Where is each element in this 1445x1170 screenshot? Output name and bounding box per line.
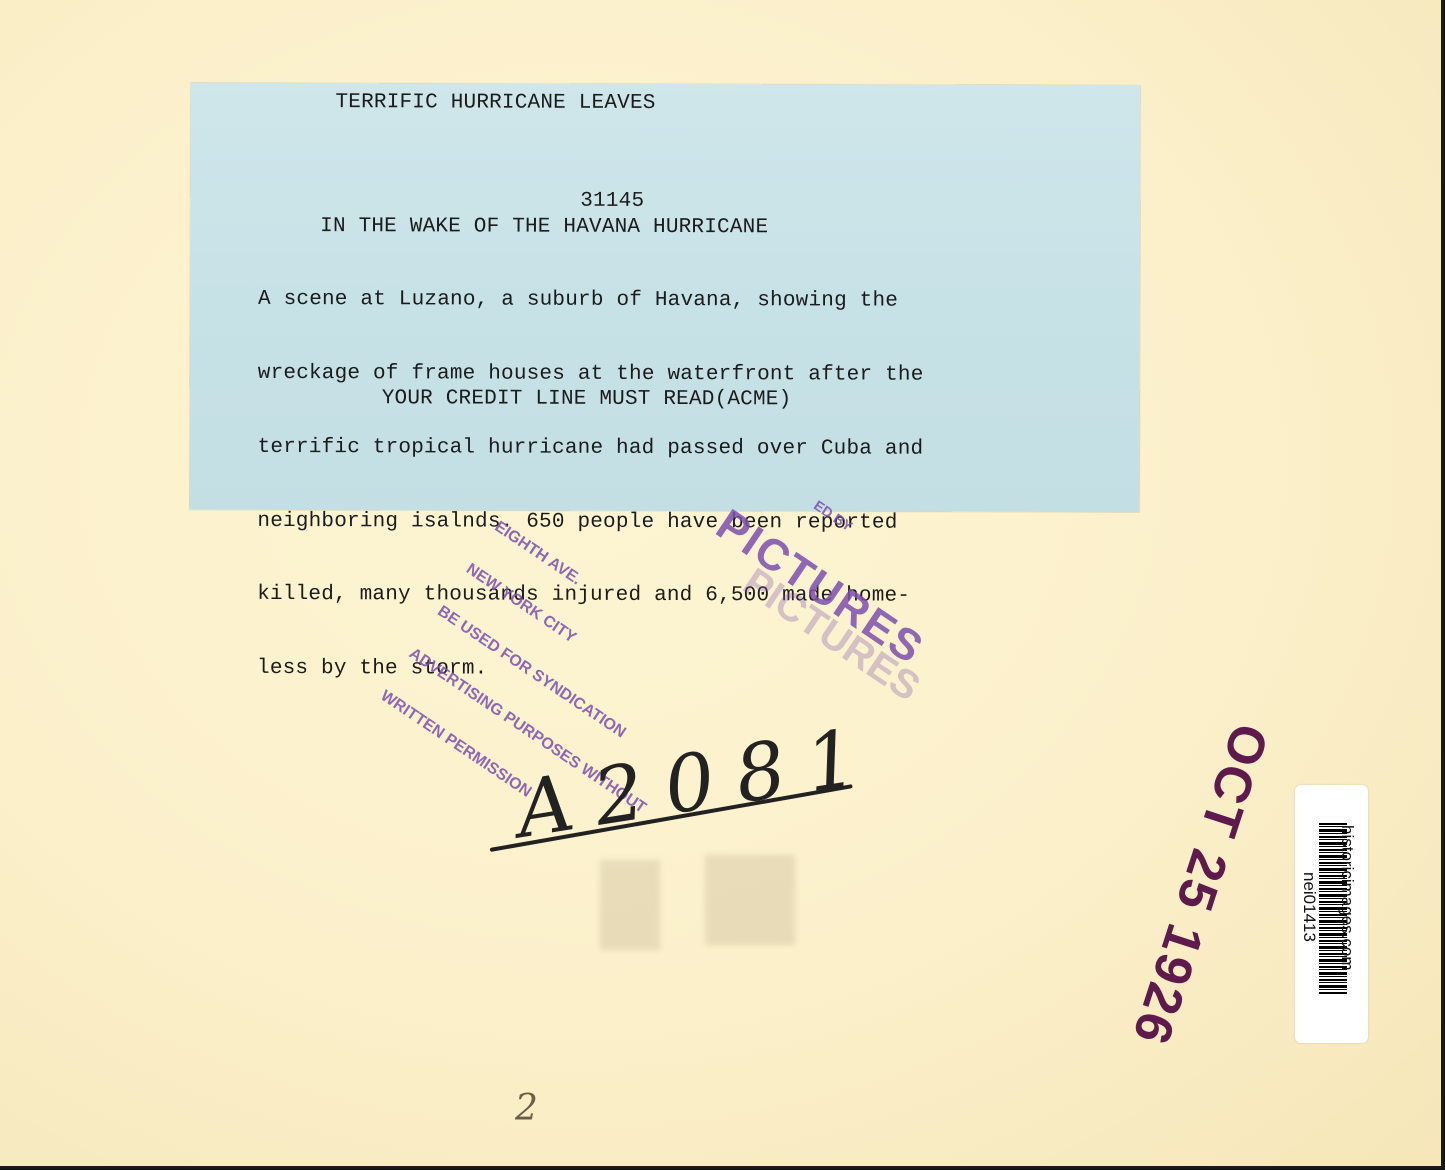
caption-subhead: IN THE WAKE OF THE HAVANA HURRICANE	[320, 215, 768, 239]
photo-back-paper: TERRIFIC HURRICANE LEAVES 31145 IN THE W…	[0, 0, 1444, 1169]
caption-line: wreckage of frame houses at the waterfro…	[258, 362, 924, 388]
caption-headline: TERRIFIC HURRICANE LEAVES	[335, 91, 655, 115]
archive-item-id: nei01413	[1299, 872, 1319, 942]
credit-line: YOUR CREDIT LINE MUST READ(ACME)	[382, 387, 792, 411]
caption-slip: TERRIFIC HURRICANE LEAVES 31145 IN THE W…	[189, 83, 1140, 512]
caption-line: A scene at Luzano, a suburb of Havana, s…	[258, 288, 924, 314]
ink-smudge	[600, 860, 660, 950]
photo-number: 31145	[580, 190, 644, 213]
caption-line: terrific tropical hurricane had passed o…	[258, 436, 924, 462]
archive-site: historicimages.com	[1337, 825, 1357, 971]
handwritten-page-mark: 2	[515, 1088, 538, 1129]
archive-label: historicimages.com nei01413	[1295, 785, 1368, 1043]
ink-smudge	[705, 855, 795, 945]
date-stamp-text: OCT 25 1926	[1120, 716, 1280, 1052]
